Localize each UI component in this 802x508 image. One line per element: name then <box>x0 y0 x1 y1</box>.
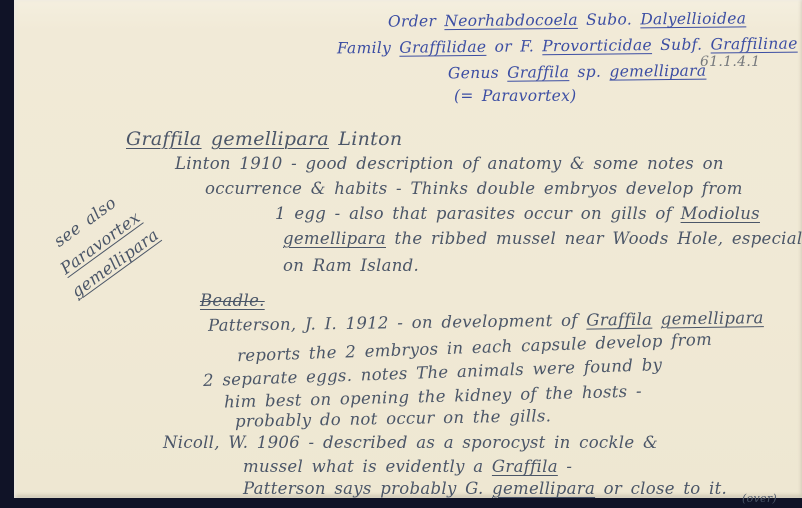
nicoll-entry-line: Nicoll, W. 1906 - described as a sporocy… <box>163 434 658 452</box>
text-segment: gemellipara <box>211 128 329 150</box>
over-note: (over) <box>742 493 777 505</box>
text-segment: gemellipara <box>492 479 595 498</box>
text-segment: - <box>558 457 572 476</box>
header-synonym-line: (= Paravortex) <box>454 88 576 105</box>
text-segment: Graffila <box>126 128 202 150</box>
text-segment: mussel what is evidently a <box>243 457 492 476</box>
text-segment: or F. <box>486 37 542 56</box>
text-segment: Graffila <box>507 63 569 82</box>
index-card: Order Neorhabdocoela Subo. Dalyellioidea… <box>14 0 802 498</box>
nicoll-entry-line: Patterson says probably G. gemellipara o… <box>243 480 727 498</box>
linton-entry-line: Linton 1910 - good description of anatom… <box>175 155 724 173</box>
linton-entry-line: 1 egg - also that parasites occur on gil… <box>275 205 760 223</box>
card-title: Graffila gemellipara Linton <box>126 129 402 150</box>
header-order-line: Order Neorhabdocoela Subo. Dalyellioidea <box>388 10 746 30</box>
linton-entry-line: occurrence & habits - Thinks double embr… <box>205 180 743 198</box>
text-segment: Genus <box>448 64 507 83</box>
text-segment: Graffilidae <box>399 38 486 57</box>
text-segment: Subf. <box>652 36 711 55</box>
text-segment: or close to it. <box>595 479 727 498</box>
linton-entry-line: gemellipara the ribbed mussel near Woods… <box>283 230 802 248</box>
text-segment: sp. <box>569 63 609 81</box>
text-segment: Graffilinae <box>710 35 797 54</box>
text-segment: Linton <box>329 128 402 150</box>
text-segment: gemellipara <box>283 229 386 248</box>
text-segment: Provorticidae <box>542 36 652 55</box>
text-segment: 1 egg - also that parasites occur on gil… <box>275 204 681 223</box>
text-segment: Patterson, J. I. 1912 - on development o… <box>208 311 587 335</box>
nicoll-entry-line: mussel what is evidently a Graffila - <box>243 458 572 476</box>
text-segment: Graffila <box>492 457 558 476</box>
text-segment: Beadle. <box>200 291 265 310</box>
patterson-entry-line: probably do not occur on the gills. <box>235 407 551 431</box>
struck-heading: Beadle. <box>200 292 265 310</box>
text-segment <box>202 128 211 150</box>
scanned-index-card-page: Order Neorhabdocoela Subo. Dalyellioidea… <box>0 0 802 508</box>
text-segment: Order <box>388 12 445 30</box>
text-segment: Dalyellioidea <box>640 9 746 28</box>
text-segment: the ribbed mussel near Woods Hole, espec… <box>386 229 802 248</box>
margin-note: see also Paravortex gemellipara <box>36 181 164 304</box>
text-segment: gemellipara <box>609 62 706 81</box>
text-segment <box>652 310 661 329</box>
text-segment: gemellipara <box>661 308 764 328</box>
header-genus-line: Genus Graffila sp. gemellipara <box>448 63 707 83</box>
text-segment: Patterson says probably G. <box>243 479 492 498</box>
catalog-number: 61.1.4.1 <box>700 55 760 70</box>
linton-entry-line: on Ram Island. <box>283 257 419 275</box>
text-segment: Graffila <box>586 310 652 330</box>
text-segment: Family <box>337 39 400 58</box>
text-segment: Modiolus <box>681 204 760 223</box>
text-segment: Subo. <box>578 10 641 29</box>
text-segment: Neorhabdocoela <box>444 11 578 30</box>
